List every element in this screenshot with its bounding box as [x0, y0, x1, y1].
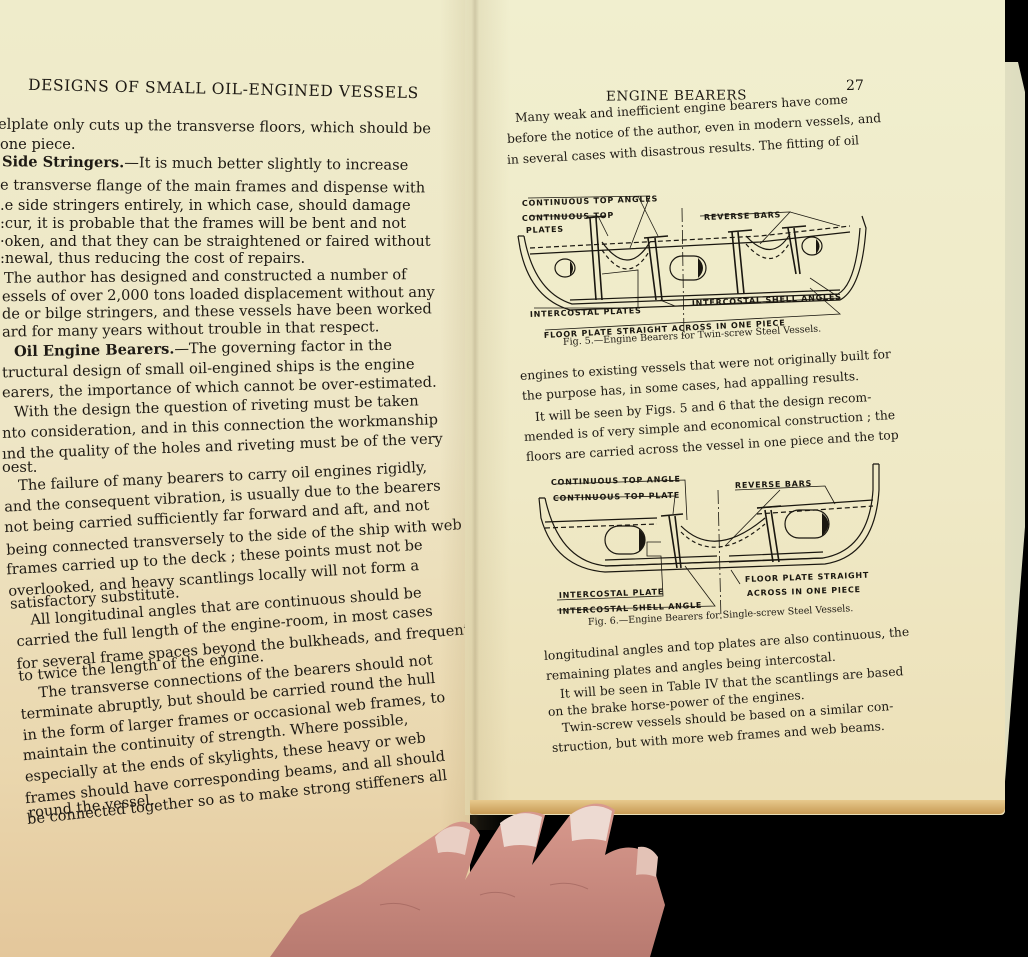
text-line: one piece. — [0, 138, 76, 153]
label-floor-plate-2: ACROSS IN ONE PIECE — [747, 585, 861, 598]
text-line: :newal, thus reducing the cost of repair… — [0, 252, 305, 267]
label-reverse-bars: REVERSE BARS — [735, 479, 812, 490]
side-stringers-heading: Side Stringers. — [2, 153, 124, 171]
text-line: The author has designed and constructed … — [4, 268, 407, 286]
text-line: ·oken, and that they can be straightened… — [0, 235, 431, 250]
label-reverse-bars: REVERSE BARS — [704, 210, 782, 222]
text-line: Side Stringers.—It is much better slight… — [2, 155, 408, 173]
label-floor-plate-1: FLOOR PLATE STRAIGHT — [745, 571, 870, 584]
left-running-head: DESIGNS OF SMALL OIL-ENGINED VESSELS — [28, 76, 419, 102]
fig5-diagram: CONTINUOUS TOP ANGLES CONTINUOUS TOP PLA… — [510, 188, 880, 338]
label-continuous-top-plate: CONTINUOUS TOP PLATE — [553, 491, 680, 503]
label-continuous-top-angle: CONTINUOUS TOP ANGLE — [551, 475, 681, 487]
oil-engine-bearers-heading: Oil Engine Bearers. — [14, 341, 175, 361]
label-continuous-top-plates-2: PLATES — [526, 225, 564, 235]
page-number: 27 — [846, 78, 864, 94]
fig6-diagram: CONTINUOUS TOP ANGLE CONTINUOUS TOP PLAT… — [535, 460, 890, 620]
text-line: elplate only cuts up the transverse floo… — [0, 118, 431, 137]
label-continuous-top-angles: CONTINUOUS TOP ANGLES — [522, 194, 659, 208]
hand-holding-page — [270, 785, 680, 957]
text-line: .e side stringers entirely, in which cas… — [0, 199, 411, 214]
text-line: :cur, it is probable that the frames wil… — [0, 217, 406, 232]
text-line: oest. — [2, 461, 37, 476]
book-gutter — [440, 0, 510, 830]
text-line: e transverse flange of the main frames a… — [0, 179, 425, 197]
label-intercostal-plate: INTERCOSTAL PLATE — [559, 587, 664, 600]
